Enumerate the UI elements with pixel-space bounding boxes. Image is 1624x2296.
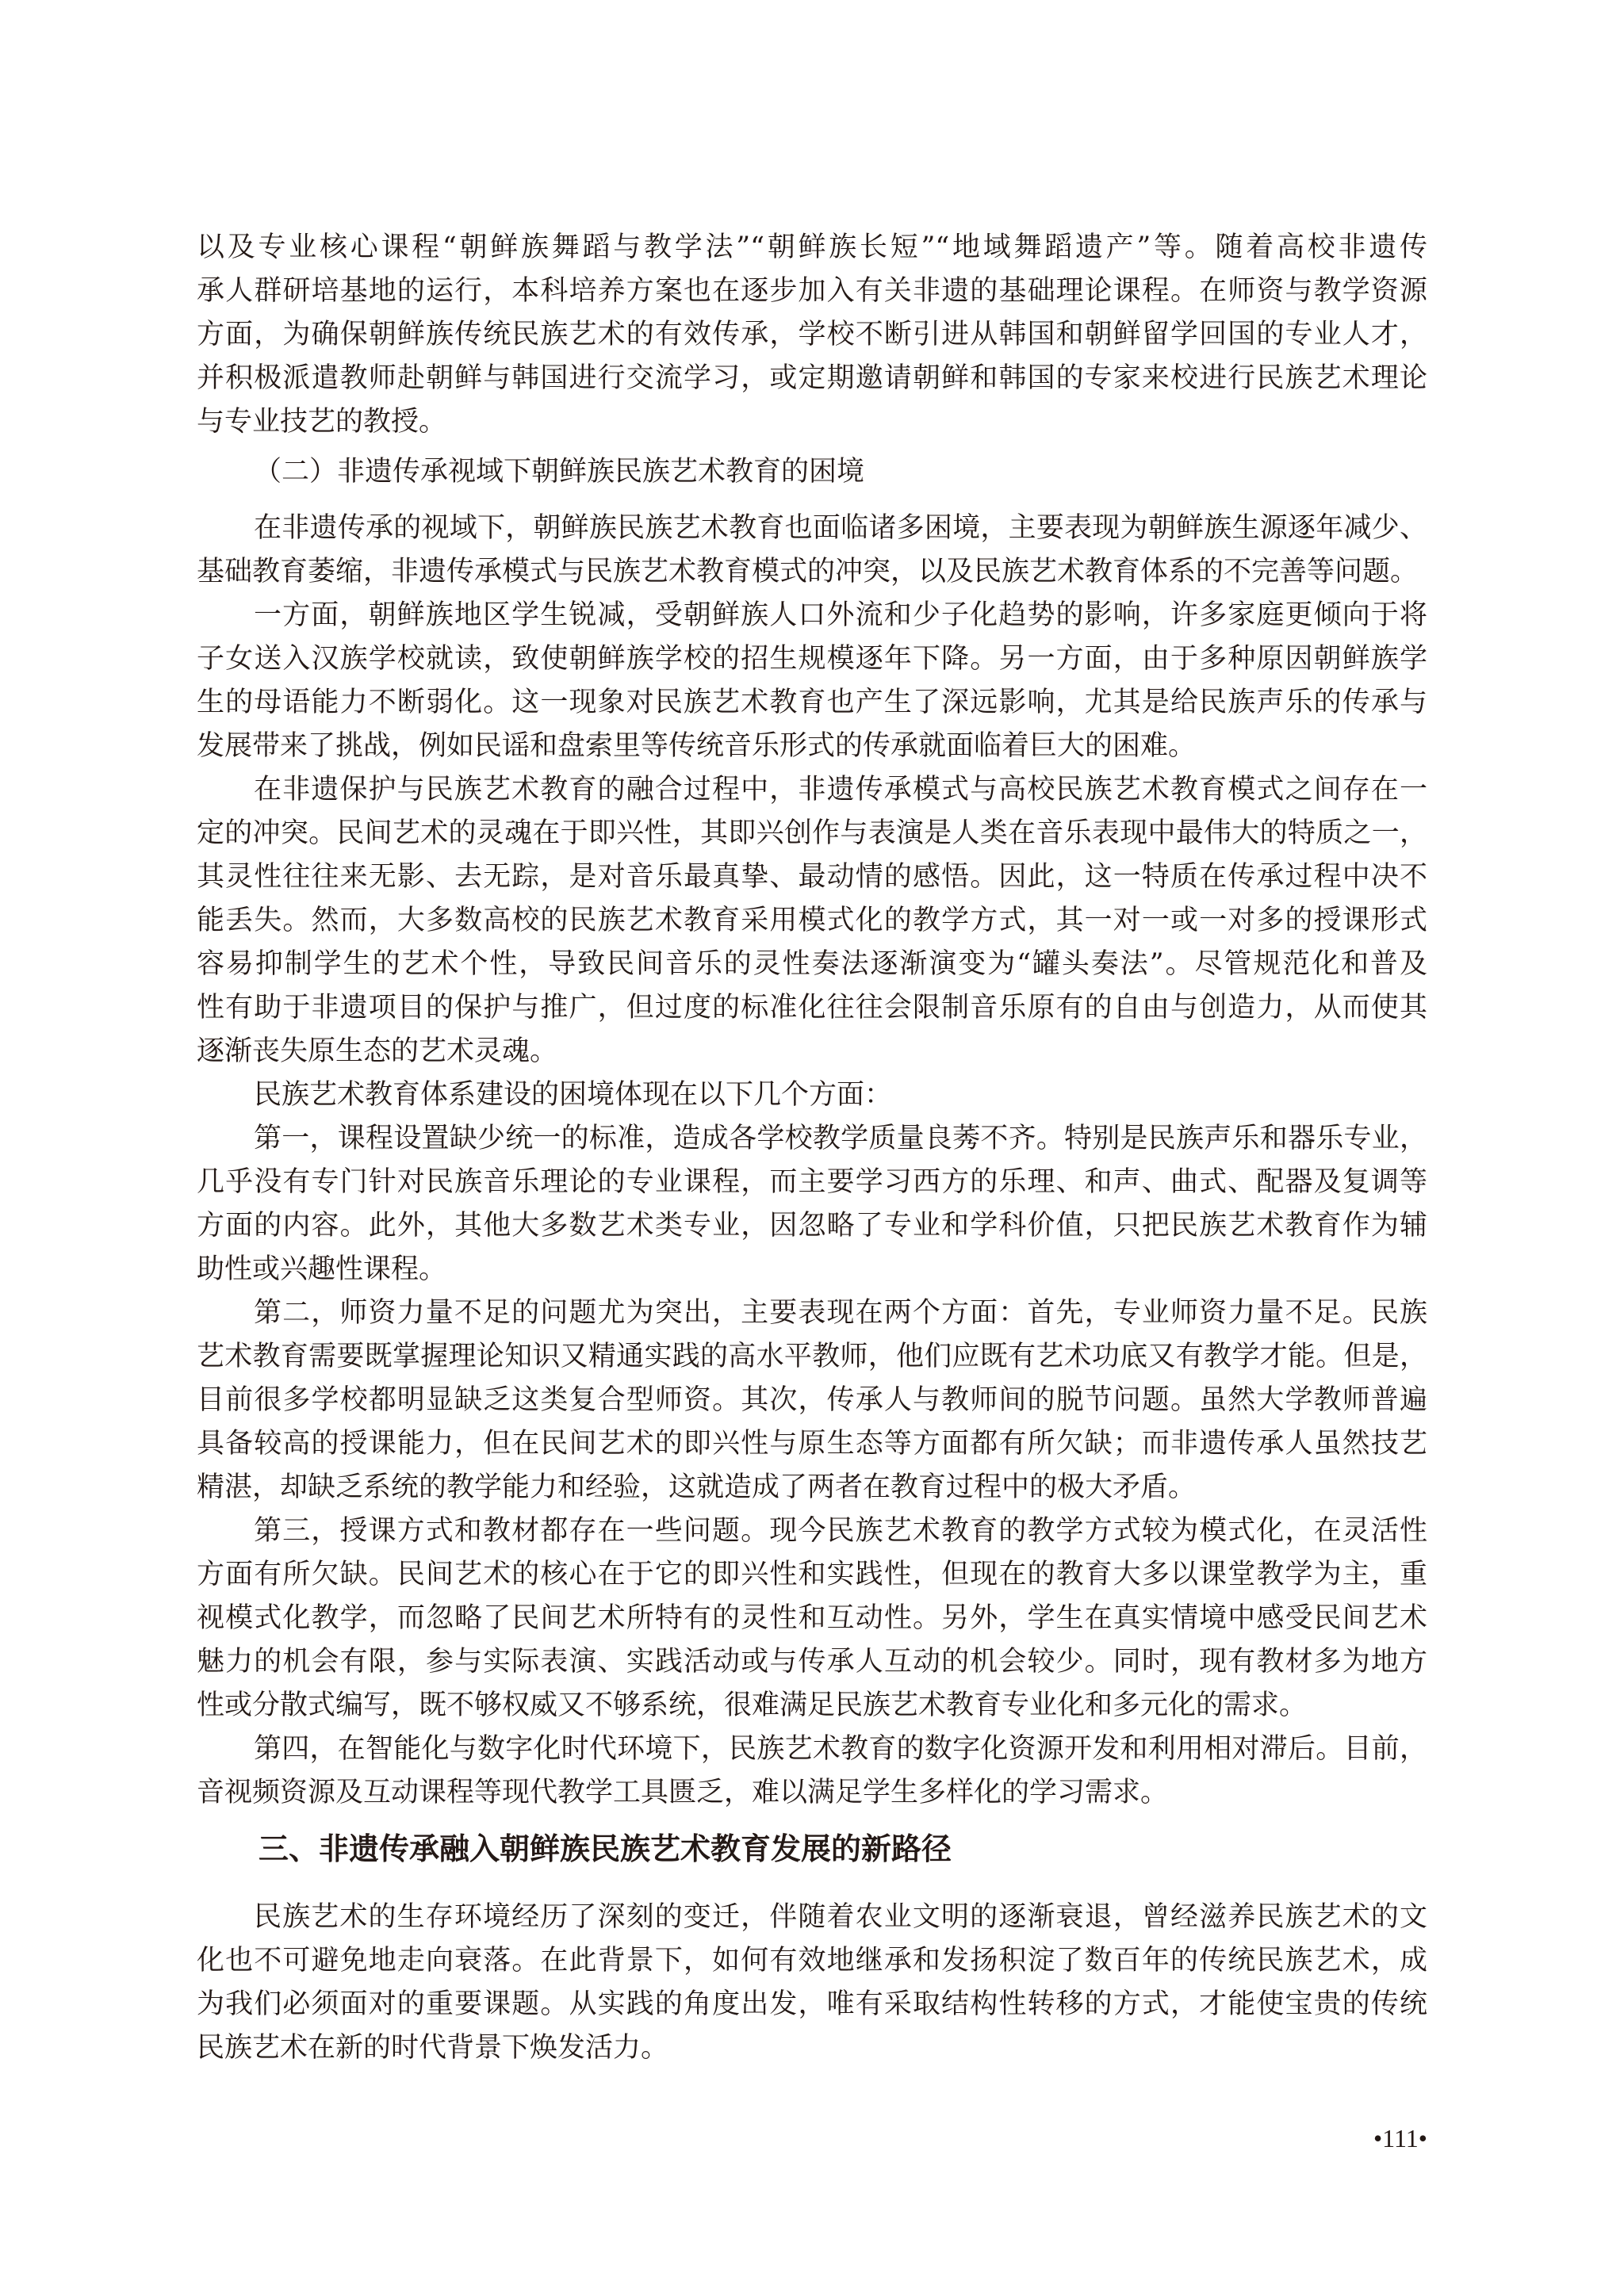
text-line: 承人群研培基地的运行，本科培养方案也在逐步加入有关非遗的基础理论课程。在师资与教… [197, 270, 1427, 313]
text-line: 并积极派遣教师赴朝鲜与韩国进行交流学习，或定期邀请朝鲜和韩国的专家来校进行民族艺… [197, 357, 1427, 400]
text-line: 生的母语能力不断弱化。这一现象对民族艺术教育也产生了深远影响，尤其是给民族声乐的… [197, 681, 1427, 725]
text-line: 定的冲突。民间艺术的灵魂在于即兴性，其即兴创作与表演是人类在音乐表现中最伟大的特… [197, 812, 1427, 855]
text-line: 以及专业核心课程“朝鲜族舞蹈与教学法”“朝鲜族长短”“地域舞蹈遗产”等。随着高校… [197, 226, 1427, 270]
text-line: 发展带来了挑战，例如民谣和盘索里等传统音乐形式的传承就面临着巨大的困难。 [197, 725, 1427, 768]
text-line: 第三，授课方式和教材都存在一些问题。现今民族艺术教育的教学方式较为模式化，在灵活… [197, 1510, 1427, 1553]
text-line: 化也不可避免地走向衰落。在此背景下，如何有效地继承和发扬积淀了数百年的传统民族艺… [197, 1939, 1427, 1983]
text-line: 具备较高的授课能力，但在民间艺术的即兴性与原生态等方面都有所欠缺；而非遗传承人虽… [197, 1422, 1427, 1466]
subsection-heading-block: （二）非遗传承视域下朝鲜族民族艺术教育的困境 [197, 450, 1427, 494]
text-line: 民族艺术的生存环境经历了深刻的变迁，伴随着农业文明的逐渐衰退，曾经滋养民族艺术的… [197, 1896, 1427, 1939]
text-line: 子女送入汉族学校就读，致使朝鲜族学校的招生规模逐年下降。另一方面，由于多种原因朝… [197, 637, 1427, 681]
paragraph: 第二，师资力量不足的问题尤为突出，主要表现在两个方面：首先，专业师资力量不足。民… [197, 1291, 1427, 1510]
text-line: 方面，为确保朝鲜族传统民族艺术的有效传承，学校不断引进从韩国和朝鲜留学回国的专业… [197, 313, 1427, 357]
text-line: 容易抑制学生的艺术个性，导致民间音乐的灵性奏法逐渐演变为“罐头奏法”。尽管规范化… [197, 943, 1427, 986]
text-line: 能丢失。然而，大多数高校的民族艺术教育采用模式化的教学方式，其一对一或一对多的授… [197, 899, 1427, 943]
text-line: 在非遗保护与民族艺术教育的融合过程中，非遗传承模式与高校民族艺术教育模式之间存在… [197, 768, 1427, 812]
paragraph: 第四，在智能化与数字化时代环境下，民族艺术教育的数字化资源开发和利用相对滞后。目… [197, 1728, 1427, 1815]
text-line: 性有助于非遗项目的保护与推广，但过度的标准化往往会限制音乐原有的自由与创造力，从… [197, 986, 1427, 1030]
body-paragraphs: 在非遗传承的视域下，朝鲜族民族艺术教育也面临诸多困境，主要表现为朝鲜族生源逐年减… [197, 507, 1427, 1815]
section-heading-block: 三、非遗传承融入朝鲜族民族艺术教育发展的新路径 [197, 1827, 1427, 1871]
text-line: 性或分散式编写，既不够权威又不够系统，很难满足民族艺术教育专业化和多元化的需求。 [197, 1684, 1427, 1728]
text-line: 助性或兴趣性课程。 [197, 1248, 1427, 1291]
text-line: 魅力的机会有限，参与实际表演、实践活动或与传承人互动的机会较少。同时，现有教材多… [197, 1640, 1427, 1684]
text-line: 艺术教育需要既掌握理论知识又精通实践的高水平教师，他们应既有艺术功底又有教学才能… [197, 1335, 1427, 1379]
text-line: 方面有所欠缺。民间艺术的核心在于它的即兴性和实践性，但现在的教育大多以课堂教学为… [197, 1553, 1427, 1597]
page-number: •111• [1373, 2122, 1427, 2154]
text-line: 其灵性往往来无影、去无踪，是对音乐最真挚、最动情的感悟。因此，这一特质在传承过程… [197, 855, 1427, 899]
paragraph: 在非遗保护与民族艺术教育的融合过程中，非遗传承模式与高校民族艺术教育模式之间存在… [197, 768, 1427, 1073]
paragraph: 民族艺术教育体系建设的困境体现在以下几个方面： [197, 1073, 1427, 1117]
text-line: 逐渐丧失原生态的艺术灵魂。 [197, 1030, 1427, 1073]
text-line: 民族艺术教育体系建设的困境体现在以下几个方面： [197, 1073, 1427, 1117]
text-line: 与专业技艺的教授。 [197, 400, 1427, 444]
section-heading: 三、非遗传承融入朝鲜族民族艺术教育发展的新路径 [197, 1827, 1427, 1871]
text-line: 第四，在智能化与数字化时代环境下，民族艺术教育的数字化资源开发和利用相对滞后。目… [197, 1728, 1427, 1771]
paragraph: 一方面，朝鲜族地区学生锐减，受朝鲜族人口外流和少子化趋势的影响，许多家庭更倾向于… [197, 594, 1427, 768]
text-line: 几乎没有专门针对民族音乐理论的专业课程，而主要学习西方的乐理、和声、曲式、配器及… [197, 1161, 1427, 1204]
paragraph: 第一，课程设置缺少统一的标准，造成各学校教学质量良莠不齐。特别是民族声乐和器乐专… [197, 1117, 1427, 1291]
paragraph: 第三，授课方式和教材都存在一些问题。现今民族艺术教育的教学方式较为模式化，在灵活… [197, 1510, 1427, 1728]
text-line: 音视频资源及互动课程等现代教学工具匮乏，难以满足学生多样化的学习需求。 [197, 1771, 1427, 1815]
journal-page: 以及专业核心课程“朝鲜族舞蹈与教学法”“朝鲜族长短”“地域舞蹈遗产”等。随着高校… [0, 0, 1624, 2296]
text-line: 为我们必须面对的重要课题。从实践的角度出发，唯有采取结构性转移的方式，才能使宝贵… [197, 1983, 1427, 2026]
paragraph: 在非遗传承的视域下，朝鲜族民族艺术教育也面临诸多困境，主要表现为朝鲜族生源逐年减… [197, 507, 1427, 594]
text-line: 民族艺术在新的时代背景下焕发活力。 [197, 2026, 1427, 2070]
text-line: 第二，师资力量不足的问题尤为突出，主要表现在两个方面：首先，专业师资力量不足。民… [197, 1291, 1427, 1335]
text-line: 精湛，却缺乏系统的教学能力和经验，这就造成了两者在教育过程中的极大矛盾。 [197, 1466, 1427, 1510]
text-line: 视模式化教学，而忽略了民间艺术所特有的灵性和互动性。另外，学生在真实情境中感受民… [197, 1597, 1427, 1640]
text-line: 方面的内容。此外，其他大多数艺术类专业，因忽略了专业和学科价值，只把民族艺术教育… [197, 1204, 1427, 1248]
continuation-paragraph: 以及专业核心课程“朝鲜族舞蹈与教学法”“朝鲜族长短”“地域舞蹈遗产”等。随着高校… [197, 226, 1427, 444]
text-line: 在非遗传承的视域下，朝鲜族民族艺术教育也面临诸多困境，主要表现为朝鲜族生源逐年减… [197, 507, 1427, 550]
text-line: 目前很多学校都明显缺乏这类复合型师资。其次，传承人与教师间的脱节问题。虽然大学教… [197, 1379, 1427, 1422]
subsection-heading: （二）非遗传承视域下朝鲜族民族艺术教育的困境 [197, 450, 1427, 494]
text-line: 第一，课程设置缺少统一的标准，造成各学校教学质量良莠不齐。特别是民族声乐和器乐专… [197, 1117, 1427, 1161]
text-line: 基础教育萎缩，非遗传承模式与民族艺术教育模式的冲突，以及民族艺术教育体系的不完善… [197, 550, 1427, 594]
text-line: 一方面，朝鲜族地区学生锐减，受朝鲜族人口外流和少子化趋势的影响，许多家庭更倾向于… [197, 594, 1427, 637]
closing-paragraph: 民族艺术的生存环境经历了深刻的变迁，伴随着农业文明的逐渐衰退，曾经滋养民族艺术的… [197, 1896, 1427, 2070]
